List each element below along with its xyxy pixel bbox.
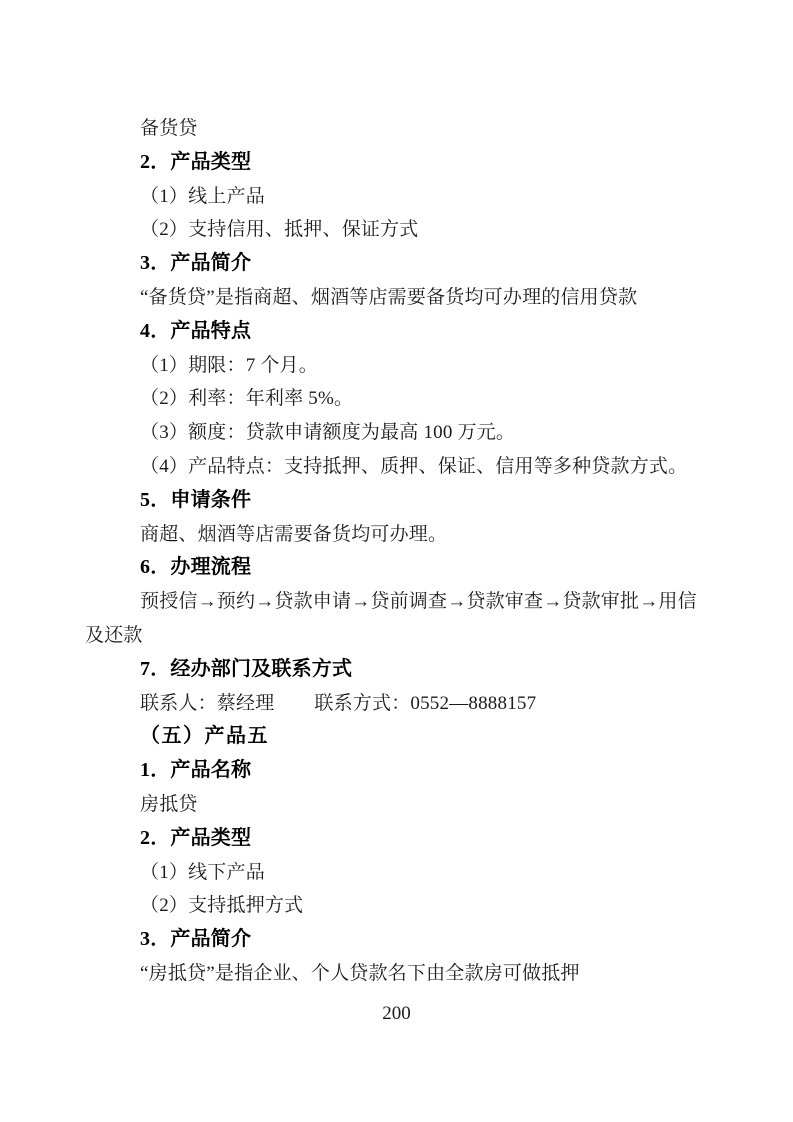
numbered-heading-product-type: 2．产品类型 xyxy=(85,146,708,180)
list-item-term: （1）期限：7 个月。 xyxy=(85,349,708,383)
list-item: （1）线下产品 xyxy=(85,856,708,890)
paragraph-conditions: 商超、烟酒等店需要备货均可办理。 xyxy=(85,518,708,552)
list-item: （1）线上产品 xyxy=(85,180,708,214)
numbered-heading-product-name: 1．产品名称 xyxy=(85,754,708,788)
list-item: （2）支持信用、抵押、保证方式 xyxy=(85,213,708,247)
document-page: { "page": { "background": "#ffffff", "te… xyxy=(0,0,793,1122)
list-item-features: （4）产品特点：支持抵押、质押、保证、信用等多种贷款方式。 xyxy=(85,450,708,484)
contact-line: 联系人：蔡经理联系方式：0552—8888157 xyxy=(85,687,708,721)
paragraph-intro-text: “备货贷”是指商超、烟酒等店需要备货均可办理的信用贷款 xyxy=(85,281,708,315)
document-body: 备货贷 2．产品类型 （1）线上产品 （2）支持信用、抵押、保证方式 3．产品简… xyxy=(0,0,793,991)
list-item-rate: （2）利率：年利率 5%。 xyxy=(85,382,708,416)
numbered-heading-process: 6．办理流程 xyxy=(85,551,708,585)
numbered-heading-apply-conditions: 5．申请条件 xyxy=(85,484,708,518)
numbered-heading-product-features: 4．产品特点 xyxy=(85,315,708,349)
page-number: 200 xyxy=(0,1002,793,1026)
list-item-amount: （3）额度：贷款申请额度为最高 100 万元。 xyxy=(85,416,708,450)
section-heading-product-five: （五）产品五 xyxy=(85,720,708,754)
contact-person: 联系人：蔡经理 xyxy=(140,693,274,714)
contact-phone: 联系方式：0552—8888157 xyxy=(314,693,536,714)
paragraph-process-flow: 预授信→预约→贷款申请→贷前调查→贷款审查→贷款审批→用信 xyxy=(85,585,708,619)
numbered-heading-contact-dept: 7．经办部门及联系方式 xyxy=(85,653,708,687)
paragraph-product-name: 备货贷 xyxy=(85,112,708,146)
numbered-heading-product-intro: 3．产品简介 xyxy=(85,247,708,281)
paragraph-product-name: 房抵贷 xyxy=(85,788,708,822)
paragraph-intro-text: “房抵贷”是指企业、个人贷款名下由全款房可做抵押 xyxy=(85,957,708,991)
numbered-heading-product-intro: 3．产品简介 xyxy=(85,923,708,957)
numbered-heading-product-type: 2．产品类型 xyxy=(85,822,708,856)
list-item: （2）支持抵押方式 xyxy=(85,889,708,923)
paragraph-process-flow-wrap: 及还款 xyxy=(85,619,708,653)
